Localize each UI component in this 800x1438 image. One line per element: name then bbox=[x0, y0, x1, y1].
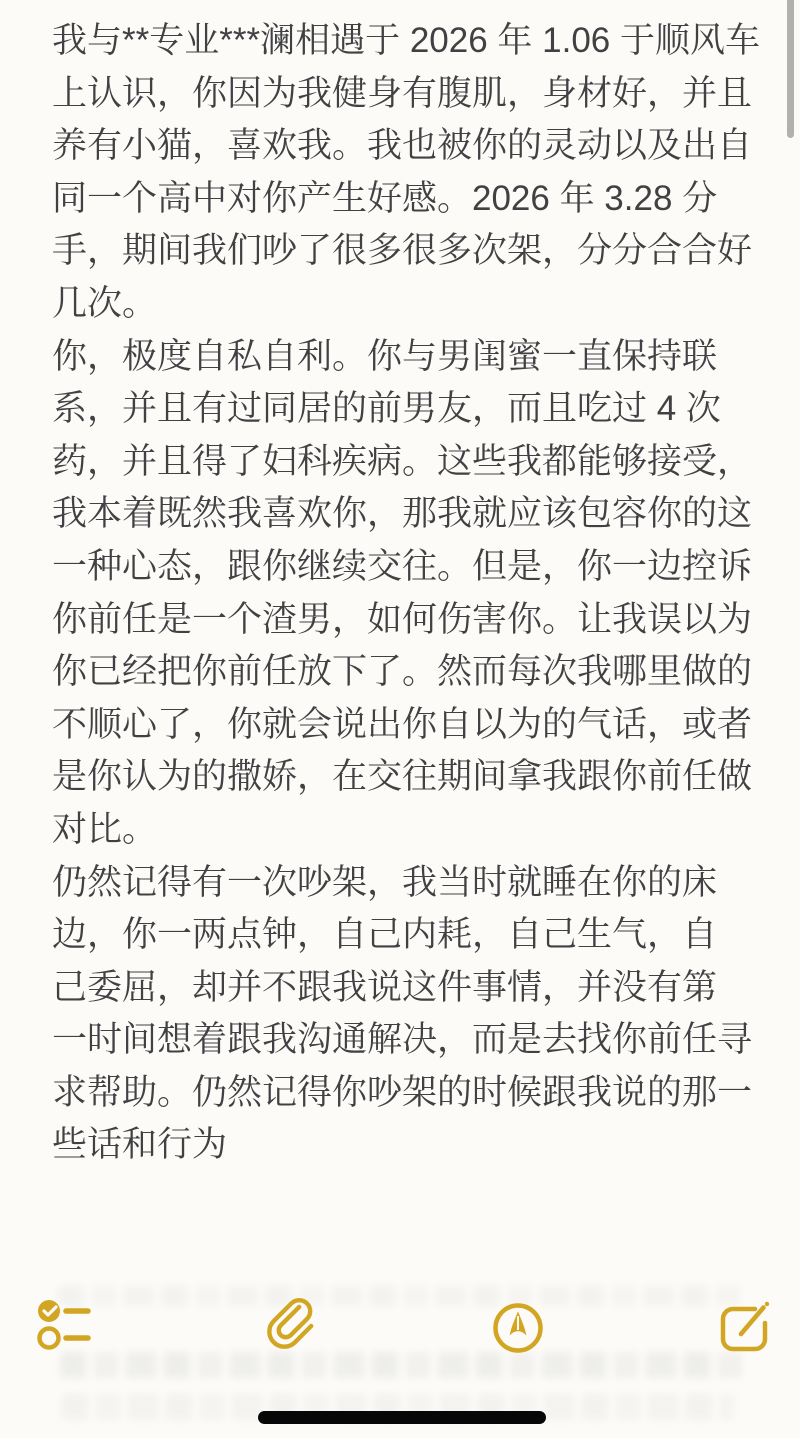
attachment-button[interactable] bbox=[262, 1296, 318, 1356]
note-line: 仍然记得有一次吵架，我当时就睡在你的床 bbox=[52, 857, 762, 910]
note-line: 同一个高中对你产生好感。2026 年 3.28 分 bbox=[52, 173, 762, 226]
ghost-text-artifact bbox=[58, 1286, 748, 1306]
note-line: 是你认为的撒娇，在交往期间拿我跟你前任做 bbox=[52, 751, 762, 804]
compose-button[interactable] bbox=[717, 1299, 773, 1355]
markup-pen-icon bbox=[491, 1301, 545, 1355]
paperclip-icon bbox=[262, 1296, 318, 1356]
scrollbar-thumb[interactable] bbox=[787, 0, 794, 138]
note-line: 一种心态，跟你继续交往。但是，你一边控诉 bbox=[52, 541, 762, 594]
note-line: 养有小猫，喜欢我。我也被你的灵动以及出自 bbox=[52, 120, 762, 173]
note-line: 手，期间我们吵了很多很多次架，分分合合好 bbox=[52, 225, 762, 278]
note-body[interactable]: 我与**专业***澜相遇于 2026 年 1.06 于顺风车 上认识，你因为我健… bbox=[52, 15, 762, 1172]
note-line: 药，并且得了妇科疾病。这些我都能够接受， bbox=[52, 436, 762, 489]
note-line: 些话和行为 bbox=[52, 1119, 762, 1172]
note-line: 不顺心了，你就会说出你自以为的气话，或者 bbox=[52, 699, 762, 752]
markup-button[interactable] bbox=[491, 1301, 545, 1355]
note-line: 你前任是一个渣男，如何伤害你。让我误以为 bbox=[52, 594, 762, 647]
note-line: 系，并且有过同居的前男友，而且吃过 4 次 bbox=[52, 383, 762, 436]
checklist-icon bbox=[35, 1297, 93, 1353]
note-line: 己委屈，却并不跟我说这件事情，并没有第 bbox=[52, 962, 762, 1015]
note-line: 几次。 bbox=[52, 278, 762, 331]
ghost-text-artifact bbox=[60, 1352, 746, 1378]
note-line: 一时间想着跟我沟通解决，而是去找你前任寻 bbox=[52, 1014, 762, 1067]
note-line: 你已经把你前任放下了。然而每次我哪里做的 bbox=[52, 646, 762, 699]
home-indicator[interactable] bbox=[258, 1411, 546, 1424]
compose-icon bbox=[717, 1299, 773, 1355]
note-line: 你，极度自私自利。你与男闺蜜一直保持联 bbox=[52, 331, 762, 384]
note-line: 对比。 bbox=[52, 804, 762, 857]
note-line: 边，你一两点钟，自己内耗，自己生气，自 bbox=[52, 909, 762, 962]
note-line: 我本着既然我喜欢你，那我就应该包容你的这 bbox=[52, 488, 762, 541]
note-line: 上认识，你因为我健身有腹肌，身材好，并且 bbox=[52, 68, 762, 121]
note-line: 我与**专业***澜相遇于 2026 年 1.06 于顺风车 bbox=[52, 15, 762, 68]
checklist-button[interactable] bbox=[35, 1297, 93, 1353]
note-line: 求帮助。仍然记得你吵架的时候跟我说的那一 bbox=[52, 1067, 762, 1120]
